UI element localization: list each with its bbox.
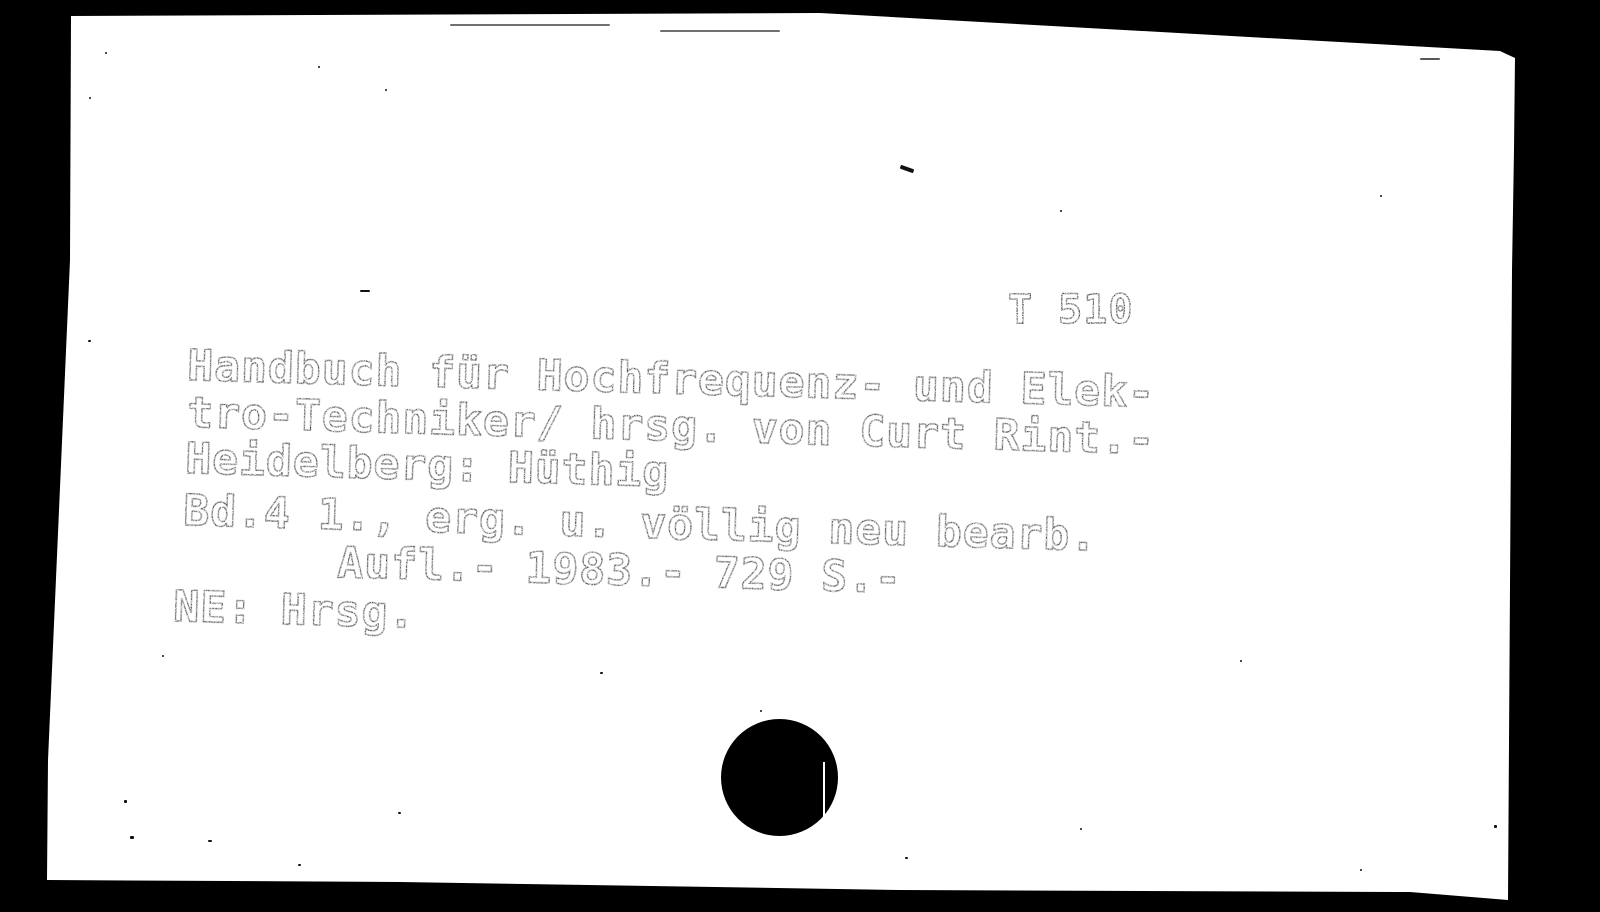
card-line-publisher: Heidelberg: Hüthig xyxy=(185,438,670,494)
scan-speck xyxy=(130,836,134,839)
scan-speck xyxy=(1360,869,1362,871)
scan-speck xyxy=(1240,660,1242,662)
scan-speck xyxy=(385,89,387,91)
scan-speck xyxy=(89,97,91,99)
scan-speck xyxy=(1494,825,1497,828)
scan-speck xyxy=(360,290,370,292)
call-number: T 510 xyxy=(1008,290,1133,330)
scan-speck xyxy=(905,857,908,859)
scan-speck xyxy=(600,672,603,674)
scan-speck xyxy=(900,165,915,174)
scan-speck xyxy=(298,864,301,866)
scan-speck xyxy=(162,655,164,657)
scan-speck xyxy=(398,812,401,814)
scan-edge-noise xyxy=(1420,58,1440,60)
card-line-added-entry: NE: Hrsg. xyxy=(173,586,416,636)
punch-hole-glint xyxy=(823,762,825,834)
card-edge-mark xyxy=(806,14,807,28)
scan-speck xyxy=(124,800,127,803)
scan-speck xyxy=(318,66,320,68)
scan-speck xyxy=(1080,828,1082,830)
scanned-card-image: T 510 Handbuch für Hochfrequenz- und Ele… xyxy=(0,0,1600,912)
scan-speck xyxy=(208,840,212,842)
scan-speck xyxy=(760,710,762,712)
scan-speck xyxy=(1380,195,1382,197)
scan-edge-noise xyxy=(660,30,780,32)
card-line-year-pages: Aufl.- 1983.- 729 S.- xyxy=(337,542,903,601)
punch-hole xyxy=(721,719,838,836)
scan-speck xyxy=(105,52,107,54)
scan-edge-noise xyxy=(450,24,610,26)
scan-speck xyxy=(88,340,91,342)
scan-speck xyxy=(1060,210,1062,212)
